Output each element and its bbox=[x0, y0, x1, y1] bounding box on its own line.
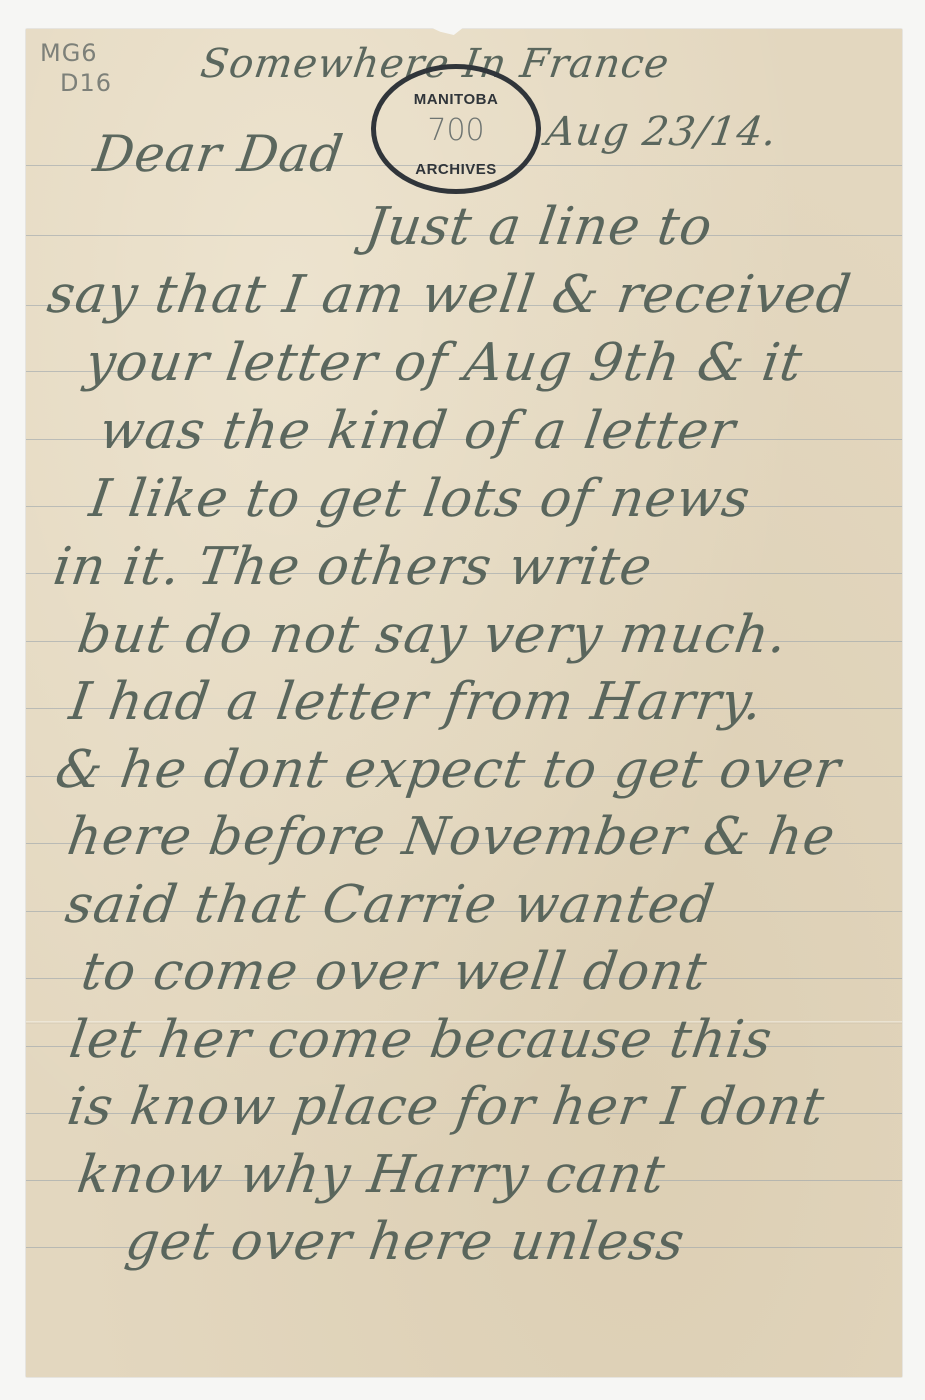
letter-line: & he dont expect to get over bbox=[52, 744, 844, 796]
letter-line: in it. The others write bbox=[50, 541, 655, 593]
letter-line: let her come because this bbox=[66, 1014, 775, 1066]
archives-stamp: MANITOBA 700 ARCHIVES bbox=[371, 64, 541, 194]
letter-line: here before November & he bbox=[64, 811, 838, 863]
letter-line: Just a line to bbox=[362, 201, 716, 253]
letter-line: said that Carrie wanted bbox=[62, 879, 718, 931]
letter-salutation: Dear Dad bbox=[90, 125, 347, 183]
stamp-top-text: MANITOBA bbox=[376, 91, 536, 108]
letter-sheet: MG6 D16 Somewhere In France Aug 23/14. D… bbox=[26, 29, 902, 1377]
letter-line: I like to get lots of news bbox=[86, 473, 753, 525]
letter-date: Aug 23/14. bbox=[543, 109, 780, 155]
archive-reference-line-2: D16 bbox=[60, 71, 112, 95]
letter-line: but do not say very much. bbox=[74, 609, 790, 661]
letter-line: I had a letter from Harry. bbox=[66, 676, 766, 728]
letter-line: say that I am well & received bbox=[44, 269, 854, 321]
letter-line: was the kind of a letter bbox=[96, 405, 739, 457]
archive-reference-line-1: MG6 bbox=[40, 41, 98, 65]
stamp-bottom-text: ARCHIVES bbox=[376, 161, 536, 178]
letter-line: is know place for her I dont bbox=[64, 1081, 827, 1133]
letter-line: get over here unless bbox=[122, 1216, 688, 1268]
stamp-number: 700 bbox=[376, 113, 536, 148]
letter-line: know why Harry cant bbox=[74, 1149, 668, 1201]
paper-tear bbox=[430, 27, 464, 35]
letter-line: to come over well dont bbox=[78, 946, 710, 998]
letter-line: your letter of Aug 9th & it bbox=[82, 337, 806, 389]
